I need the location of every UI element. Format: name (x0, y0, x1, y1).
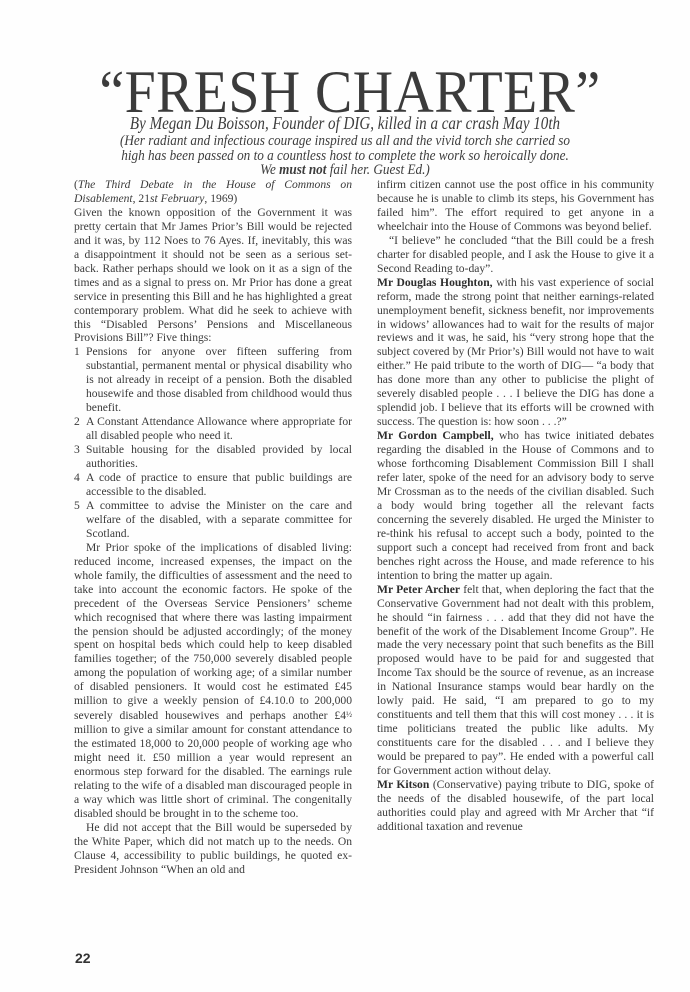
left-column: (The Third Debate in the House of Common… (74, 178, 352, 877)
source-note-text: , 1969) (204, 192, 237, 205)
magazine-page: “FRESH CHARTER” By Megan Du Boisson, Fou… (0, 0, 690, 992)
paragraph: Given the known opposition of the Govern… (74, 206, 352, 346)
paragraph-text: million to give a similar amount for con… (74, 723, 352, 820)
paragraph: “I believe” he concluded “that the Bill … (377, 234, 654, 276)
list-item-text: A Constant Attendance Allowance where ap… (86, 415, 352, 442)
paragraph-text: who has twice initiated debates regardin… (377, 429, 654, 582)
editor-note-line-1: (Her radiant and infectious courage insp… (103, 134, 587, 149)
list-item: 2A Constant Attendance Allowance where a… (74, 415, 352, 443)
paragraph-archer: Mr Peter Archer felt that, when deplorin… (377, 583, 654, 778)
editor-note-line-3: We must not fail her. Guest Ed.) (103, 163, 587, 178)
list-item-text: A committee to advise the Minister on th… (86, 499, 352, 540)
paragraph-text: Mr Prior spoke of the implications of di… (74, 541, 352, 722)
paragraph-text: with his vast experience of social refor… (377, 276, 654, 429)
editor-note: (Her radiant and infectious courage insp… (70, 134, 620, 178)
list-item: 3Suitable housing for the disabled provi… (74, 443, 352, 471)
source-note-text: , 21 (133, 192, 150, 205)
page-number: 22 (75, 950, 91, 966)
paragraph: Mr Prior spoke of the implications of di… (74, 541, 352, 821)
list-item-text: Suitable housing for the disabled provid… (86, 443, 352, 470)
source-note-italic: st February (150, 192, 204, 205)
editor-note-emphasis: must not (279, 162, 326, 178)
paragraph-campbell: Mr Gordon Campbell, who has twice initia… (377, 429, 654, 582)
editor-note-text: We (260, 162, 279, 178)
five-things-list: 1Pensions for anyone over fifteen suffer… (74, 345, 352, 540)
paragraph-kitson: Mr Kitson (Conservative) paying tribute … (377, 778, 654, 834)
speaker-name: Mr Peter Archer (377, 583, 460, 596)
paragraph: infirm citizen cannot use the post offic… (377, 178, 654, 234)
right-column: infirm citizen cannot use the post offic… (377, 178, 654, 834)
list-item: 1Pensions for anyone over fifteen suffer… (74, 345, 352, 415)
list-item: 4A code of practice to ensure that publi… (74, 471, 352, 499)
list-number: 3 (74, 443, 80, 457)
paragraph: He did not accept that the Bill would be… (74, 821, 352, 877)
source-note: (The Third Debate in the House of Common… (74, 178, 352, 206)
list-number: 4 (74, 471, 80, 485)
list-number: 2 (74, 415, 80, 429)
list-number: 5 (74, 499, 80, 513)
list-item-text: A code of practice to ensure that public… (86, 471, 352, 498)
editor-note-text: fail her. Guest Ed.) (326, 162, 429, 178)
fraction: ½ (346, 710, 352, 719)
list-number: 1 (74, 345, 80, 359)
speaker-name: Mr Gordon Campbell, (377, 429, 494, 442)
speaker-name: Mr Kitson (377, 778, 429, 791)
paragraph-houghton: Mr Douglas Houghton, with his vast exper… (377, 276, 654, 429)
list-item-text: Pensions for anyone over fifteen sufferi… (86, 345, 352, 414)
speaker-name: Mr Douglas Houghton, (377, 276, 493, 289)
paragraph-text: felt that, when deploring the fact that … (377, 583, 654, 777)
byline: By Megan Du Boisson, Founder of DIG, kil… (109, 113, 582, 133)
list-item: 5A committee to advise the Minister on t… (74, 499, 352, 541)
editor-note-line-2: high has been passed on to a countless h… (103, 149, 587, 164)
